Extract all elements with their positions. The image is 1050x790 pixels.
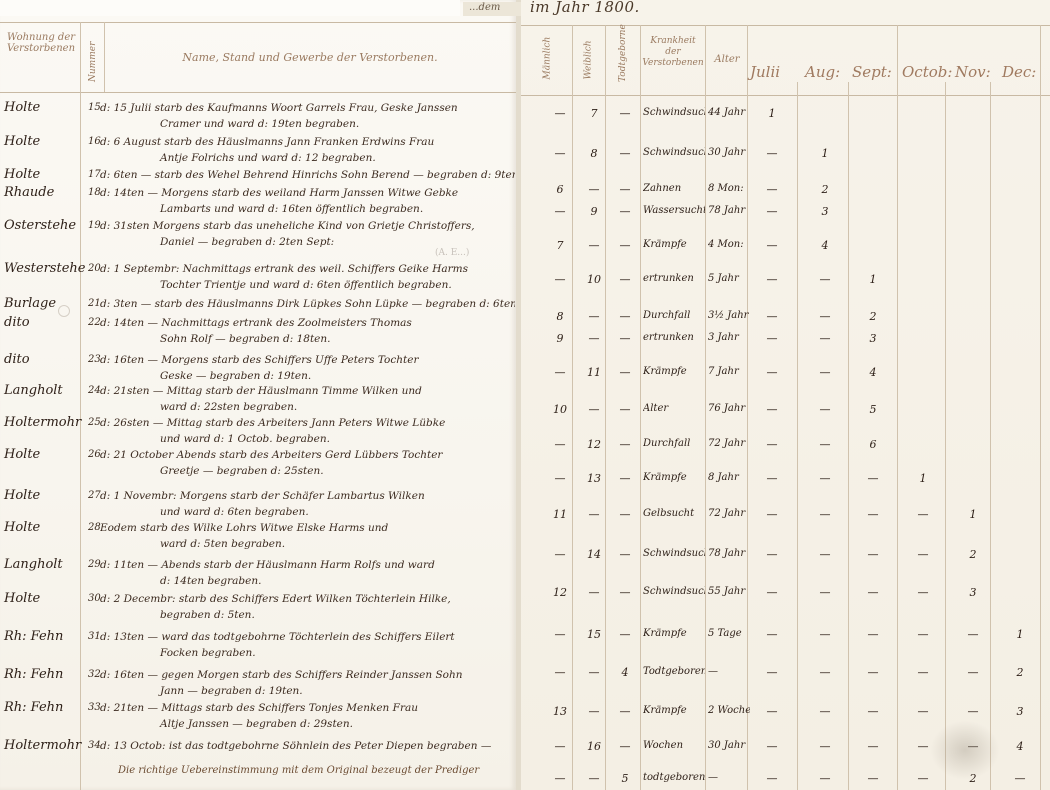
cell-age: 30 Jahr — [708, 740, 750, 751]
cell-month-tally: — — [908, 705, 938, 718]
entry-place: Holte — [4, 488, 84, 503]
entry-line-1: d: 1 Septembr: Nachmittags ertrank des w… — [100, 261, 515, 277]
cell-month-tally: — — [757, 628, 787, 641]
entry-line-1: d: 26sten — Mittag starb des Arbeiters J… — [100, 415, 515, 431]
entry-place: dito — [4, 315, 84, 330]
header-male: Männlich — [543, 35, 553, 80]
cell-male: — — [548, 273, 572, 286]
cell-stillborn: — — [613, 205, 637, 218]
cell-month-tally: — — [810, 705, 840, 718]
cell-month-tally: — — [757, 740, 787, 753]
header-month-october: Octob: — [902, 63, 952, 81]
cell-cause: ertrunken — [643, 332, 705, 343]
cell-male: 7 — [548, 239, 572, 252]
entry-text: d: 26sten — Mittag starb des Arbeiters J… — [100, 415, 515, 447]
entry-line-1: d: 16ten — Morgens starb des Schiffers U… — [100, 352, 515, 368]
entry-line-1: d: 1 Novembr: Morgens starb der Schäfer … — [100, 488, 515, 504]
cell-month-tally: — — [810, 366, 840, 379]
cell-cause: Wochen — [643, 740, 705, 751]
cell-month-tally: 3 — [858, 332, 888, 345]
entry-line-1: d: 21 October Abends starb des Arbeiters… — [100, 447, 515, 463]
cell-male: — — [548, 628, 572, 641]
rule — [0, 22, 516, 23]
cell-stillborn: — — [613, 740, 637, 753]
entry-number: 26 — [88, 449, 101, 460]
cell-month-tally: 1 — [908, 472, 938, 485]
cell-month-tally: 3 — [1005, 705, 1035, 718]
column-divider — [945, 82, 946, 790]
cell-male: 8 — [548, 310, 572, 323]
cell-age: 5 Jahr — [708, 273, 750, 284]
column-divider — [572, 25, 573, 790]
header-number: Nummer — [88, 32, 98, 82]
entry-number: 34 — [88, 740, 101, 751]
cell-stillborn: — — [613, 472, 637, 485]
cell-age: 78 Jahr — [708, 548, 750, 559]
cell-stillborn: — — [613, 586, 637, 599]
entry-line-1: d: 31sten Morgens starb das uneheliche K… — [100, 218, 515, 234]
cell-female: — — [582, 772, 606, 785]
entry-line-2: und ward d: 1 Octob. begraben. — [100, 431, 515, 447]
attestation-note: Die richtige Uebereinstimmung mit dem Or… — [118, 765, 479, 776]
column-divider — [640, 25, 641, 790]
rule — [521, 95, 1050, 96]
cell-age: 3 Jahr — [708, 332, 750, 343]
header-description: Name, Stand und Gewerbe der Verstorbenen… — [140, 52, 480, 63]
cell-month-tally: — — [757, 147, 787, 160]
entry-number: 29 — [88, 559, 101, 570]
entry-text: d: 13 Octob: ist das todtgebohrne Söhnle… — [100, 738, 515, 754]
entry-line-1: d: 21ten — Mittags starb des Schiffers T… — [100, 700, 515, 716]
cell-month-tally: — — [810, 586, 840, 599]
cell-month-tally: — — [757, 472, 787, 485]
cell-month-tally: 2 — [810, 183, 840, 196]
cell-stillborn: 5 — [613, 772, 637, 785]
entry-line-1: d: 6ten — starb des Wehel Behrend Hinric… — [100, 167, 515, 183]
entry-place: Holte — [4, 520, 84, 535]
entry-text: d: 1 Novembr: Morgens starb der Schäfer … — [100, 488, 515, 520]
entry-number: 28 — [88, 522, 101, 533]
cell-stillborn: — — [613, 508, 637, 521]
rule — [521, 25, 1050, 26]
cell-male: — — [548, 366, 572, 379]
cell-male: — — [548, 438, 572, 451]
cell-female: — — [582, 403, 606, 416]
cell-month-tally: — — [810, 508, 840, 521]
cell-month-tally: — — [757, 772, 787, 785]
entry-place: Holte — [4, 591, 84, 606]
cell-month-tally: 1 — [810, 147, 840, 160]
cell-month-tally: 3 — [958, 586, 988, 599]
cell-cause: Krämpfe — [643, 472, 705, 483]
cell-month-tally: 1 — [858, 273, 888, 286]
cell-cause: Schwindsucht — [643, 548, 705, 559]
entry-line-1: Eodem starb des Wilke Lohrs Witwe Elske … — [100, 520, 515, 536]
cell-stillborn: — — [613, 548, 637, 561]
cell-month-tally: — — [858, 548, 888, 561]
cell-stillborn: — — [613, 183, 637, 196]
entry-place: Burlage — [4, 296, 84, 311]
cell-age: 76 Jahr — [708, 403, 750, 414]
cell-month-tally: — — [810, 740, 840, 753]
header-age: Alter — [707, 54, 747, 65]
cell-age: — — [708, 666, 750, 677]
header-month-july: Julii — [750, 63, 780, 81]
entry-line-1: d: 15 Julii starb des Kaufmanns Woort Ga… — [100, 100, 515, 116]
entry-place: Holte — [4, 447, 84, 462]
cell-month-tally: — — [757, 508, 787, 521]
entry-number: 25 — [88, 417, 101, 428]
entry-number: 16 — [88, 136, 101, 147]
entry-text: d: 15 Julii starb des Kaufmanns Woort Ga… — [100, 100, 515, 132]
cell-cause: Alter — [643, 403, 705, 414]
entry-text: d: 3ten — starb des Häuslmanns Dirk Lüpk… — [100, 296, 515, 312]
cell-month-tally: 4 — [858, 366, 888, 379]
entry-text: d: 16ten — gegen Morgen starb des Schiff… — [100, 667, 515, 699]
rule — [0, 92, 516, 93]
cell-month-tally: — — [810, 666, 840, 679]
cell-month-tally: — — [757, 239, 787, 252]
cell-female: — — [582, 310, 606, 323]
cell-stillborn: — — [613, 366, 637, 379]
cell-month-tally: — — [757, 310, 787, 323]
entry-text: d: 13ten — ward das todtgebohrne Töchter… — [100, 629, 515, 661]
entry-text: d: 14ten — Nachmittags ertrank des Zoolm… — [100, 315, 515, 347]
entry-line-1: d: 6 August starb des Häuslmanns Jann Fr… — [100, 134, 515, 150]
cell-stillborn: — — [613, 273, 637, 286]
cell-month-tally: 6 — [858, 438, 888, 451]
cell-age: 4 Mon: — [708, 239, 750, 250]
cell-cause: Krämpfe — [643, 239, 705, 250]
column-divider — [1040, 25, 1041, 790]
cell-month-tally: 2 — [858, 310, 888, 323]
cell-age: 8 Jahr — [708, 472, 750, 483]
cell-male: — — [548, 205, 572, 218]
cell-female: — — [582, 666, 606, 679]
cell-month-tally: 1 — [1005, 628, 1035, 641]
cell-cause: Krämpfe — [643, 705, 705, 716]
entry-line-1: d: 21sten — Mittag starb der Häuslmann T… — [100, 383, 515, 399]
cell-month-tally: — — [810, 310, 840, 323]
entry-number: 22 — [88, 317, 101, 328]
cell-stillborn: 4 — [613, 666, 637, 679]
entry-line-2: Cramer und ward d: 19ten begraben. — [100, 116, 515, 132]
cell-month-tally: — — [757, 666, 787, 679]
cell-male: — — [548, 472, 572, 485]
cell-age: 72 Jahr — [708, 508, 750, 519]
cell-male: 9 — [548, 332, 572, 345]
cell-stillborn: — — [613, 628, 637, 641]
cell-age: 2 Woche — [708, 705, 750, 716]
cell-month-tally: — — [810, 403, 840, 416]
cell-female: 15 — [582, 628, 606, 641]
cell-cause: Zahnen — [643, 183, 705, 194]
cell-month-tally: — — [810, 548, 840, 561]
entry-line-1: d: 16ten — gegen Morgen starb des Schiff… — [100, 667, 515, 683]
cell-month-tally: — — [858, 586, 888, 599]
entry-number: 33 — [88, 702, 101, 713]
cell-male: — — [548, 147, 572, 160]
cell-female: 9 — [582, 205, 606, 218]
cell-month-tally: — — [908, 586, 938, 599]
cell-month-tally: — — [810, 772, 840, 785]
cell-month-tally: — — [757, 586, 787, 599]
cell-month-tally: 1 — [958, 508, 988, 521]
entry-number: 23 — [88, 354, 101, 365]
header-stillborn: Todtgeborne — [618, 32, 628, 82]
cell-month-tally: — — [810, 472, 840, 485]
cell-male: — — [548, 666, 572, 679]
cell-male: — — [548, 107, 572, 120]
entry-place: Langholt — [4, 557, 84, 572]
cell-cause: Schwindsucht — [643, 107, 705, 118]
cell-stillborn: — — [613, 332, 637, 345]
entry-number: 27 — [88, 490, 101, 501]
cell-month-tally: — — [858, 740, 888, 753]
cell-month-tally: — — [810, 273, 840, 286]
entry-line-2: Jann — begraben d: 19ten. — [100, 683, 515, 699]
cell-month-tally: — — [1005, 772, 1035, 785]
entry-number: 31 — [88, 631, 101, 642]
entry-place: Langholt — [4, 383, 84, 398]
paper-stain — [930, 720, 1000, 780]
cell-month-tally: — — [757, 403, 787, 416]
header-female: Weiblich — [584, 35, 594, 80]
entry-line-2: begraben d: 5ten. — [100, 607, 515, 623]
cell-age: 55 Jahr — [708, 586, 750, 597]
entry-line-1: d: 3ten — starb des Häuslmanns Dirk Lüpk… — [100, 296, 515, 312]
entry-place: Osterstehe — [4, 218, 84, 233]
entry-text: d: 21 October Abends starb des Arbeiters… — [100, 447, 515, 479]
entry-line-2: Daniel — begraben d: 2ten Sept: — [100, 234, 515, 250]
cell-month-tally: 4 — [810, 239, 840, 252]
cell-cause: Schwindsucht — [643, 586, 705, 597]
cell-stillborn: — — [613, 438, 637, 451]
cell-female: 8 — [582, 147, 606, 160]
cell-female: — — [582, 183, 606, 196]
cell-female: 13 — [582, 472, 606, 485]
cell-female: — — [582, 586, 606, 599]
entry-line-1: d: 2 Decembr: starb des Schiffers Edert … — [100, 591, 515, 607]
cell-stillborn: — — [613, 403, 637, 416]
cell-age: 7 Jahr — [708, 366, 750, 377]
cell-month-tally: — — [810, 438, 840, 451]
entry-line-1: d: 11ten — Abends starb der Häuslmann Ha… — [100, 557, 515, 573]
cell-month-tally: — — [757, 366, 787, 379]
cell-stillborn: — — [613, 239, 637, 252]
cell-month-tally: — — [757, 332, 787, 345]
cell-female: 7 — [582, 107, 606, 120]
entry-place: Rhaude — [4, 185, 84, 200]
cell-cause: Durchfall — [643, 310, 705, 321]
entry-place: Holtermohr — [4, 415, 84, 430]
cell-month-tally: — — [810, 332, 840, 345]
column-divider — [990, 82, 991, 790]
top-paper-strip — [0, 0, 460, 16]
cell-male: 13 — [548, 705, 572, 718]
cell-month-tally: — — [908, 548, 938, 561]
entry-place: Rh: Fehn — [4, 629, 84, 644]
entry-text: d: 21sten — Mittag starb der Häuslmann T… — [100, 383, 515, 415]
cell-month-tally: — — [908, 508, 938, 521]
year-heading: im Jahr 1800. — [530, 0, 640, 16]
cell-male: 6 — [548, 183, 572, 196]
cell-cause: Todtgeboren — [643, 666, 705, 677]
cell-male: — — [548, 740, 572, 753]
cell-cause: Gelbsucht — [643, 508, 705, 519]
cell-age: 3½ Jahr — [708, 310, 750, 321]
cell-month-tally: — — [958, 705, 988, 718]
column-divider — [104, 22, 105, 92]
entry-place: Rh: Fehn — [4, 700, 84, 715]
entry-line-2: Tochter Trientje und ward d: 6ten öffent… — [100, 277, 515, 293]
cell-month-tally: 5 — [858, 403, 888, 416]
cell-month-tally: — — [757, 273, 787, 286]
entry-line-1: d: 14ten — Nachmittags ertrank des Zoolm… — [100, 315, 515, 331]
cell-month-tally: — — [858, 666, 888, 679]
cell-age: 30 Jahr — [708, 147, 750, 158]
cell-cause: Wassersucht — [643, 205, 705, 216]
entry-text: d: 6ten — starb des Wehel Behrend Hinric… — [100, 167, 515, 183]
cell-month-tally: — — [858, 772, 888, 785]
cell-male: — — [548, 772, 572, 785]
entry-line-2: Geske — begraben d: 19ten. — [100, 368, 515, 384]
cell-female: 10 — [582, 273, 606, 286]
entry-line-2: ward d: 5ten begraben. — [100, 536, 515, 552]
entry-line-2: Sohn Rolf — begraben d: 18ten. — [100, 331, 515, 347]
entry-place: Westerstehe — [4, 261, 84, 276]
cell-month-tally: — — [958, 628, 988, 641]
entry-place: Holte — [4, 100, 84, 115]
cell-age: 44 Jahr — [708, 107, 750, 118]
entry-text: d: 11ten — Abends starb der Häuslmann Ha… — [100, 557, 515, 589]
header-month-december: Dec: — [1002, 63, 1036, 81]
cell-male: 10 — [548, 403, 572, 416]
cell-female: 16 — [582, 740, 606, 753]
cell-month-tally: 2 — [1005, 666, 1035, 679]
entry-line-1: d: 13 Octob: ist das todtgebohrne Söhnle… — [100, 738, 515, 754]
cell-female: — — [582, 332, 606, 345]
cell-month-tally: — — [757, 705, 787, 718]
cell-month-tally: — — [908, 666, 938, 679]
cell-female: — — [582, 705, 606, 718]
entry-line-2: d: 14ten begraben. — [100, 573, 515, 589]
cell-month-tally: — — [858, 472, 888, 485]
entry-number: 21 — [88, 298, 101, 309]
entry-place: Holtermohr — [4, 738, 84, 753]
cell-female: 12 — [582, 438, 606, 451]
header-cause: Krankheit der Verstorbenen — [642, 36, 704, 69]
cell-age: 78 Jahr — [708, 205, 750, 216]
cell-cause: Krämpfe — [643, 366, 705, 377]
entry-number: 24 — [88, 385, 101, 396]
entry-place: Holte — [4, 134, 84, 149]
entry-line-2: und ward d: 6ten begraben. — [100, 504, 515, 520]
entry-number: 30 — [88, 593, 101, 604]
cell-month-tally: 3 — [810, 205, 840, 218]
cell-cause: Krämpfe — [643, 628, 705, 639]
cell-female: — — [582, 508, 606, 521]
column-divider — [848, 82, 849, 790]
cell-month-tally: — — [908, 628, 938, 641]
header-month-november: Nov: — [955, 63, 991, 81]
cell-stillborn: — — [613, 310, 637, 323]
cell-age: 8 Mon: — [708, 183, 750, 194]
cell-stillborn: — — [613, 147, 637, 160]
entry-number: 17 — [88, 169, 101, 180]
entry-text: d: 21ten — Mittags starb des Schiffers T… — [100, 700, 515, 732]
cell-female: 14 — [582, 548, 606, 561]
entry-text: d: 31sten Morgens starb das uneheliche K… — [100, 218, 515, 250]
entry-line-2: Focken begraben. — [100, 645, 515, 661]
cell-month-tally: — — [810, 628, 840, 641]
entry-line-1: d: 14ten — Morgens starb des weiland Har… — [100, 185, 515, 201]
column-divider — [705, 25, 706, 790]
entry-number: 20 — [88, 263, 101, 274]
cell-female: — — [582, 239, 606, 252]
entry-line-2: Lambarts und ward d: 16ten öffentlich be… — [100, 201, 515, 217]
entry-text: d: 6 August starb des Häuslmanns Jann Fr… — [100, 134, 515, 166]
entry-text: d: 14ten — Morgens starb des weiland Har… — [100, 185, 515, 217]
cell-month-tally: 2 — [958, 548, 988, 561]
entry-line-2: Greetje — begraben d: 25sten. — [100, 463, 515, 479]
cell-month-tally: 1 — [757, 107, 787, 120]
header-place: Wohnung der Verstorbenen — [4, 32, 78, 54]
entry-text: d: 2 Decembr: starb des Schiffers Edert … — [100, 591, 515, 623]
entry-place: Rh: Fehn — [4, 667, 84, 682]
entry-line-2: ward d: 22sten begraben. — [100, 399, 515, 415]
header-month-august: Aug: — [805, 63, 840, 81]
cell-month-tally: — — [757, 548, 787, 561]
entry-place: dito — [4, 352, 84, 367]
cell-month-tally: — — [858, 508, 888, 521]
entry-place: Holte — [4, 167, 84, 182]
entry-text: d: 1 Septembr: Nachmittags ertrank des w… — [100, 261, 515, 293]
entry-text: Eodem starb des Wilke Lohrs Witwe Elske … — [100, 520, 515, 552]
cell-cause: Schwindsucht — [643, 147, 705, 158]
header-month-september: Sept: — [852, 63, 892, 81]
entry-line-2: Altje Janssen — begraben d: 29sten. — [100, 716, 515, 732]
entry-line-2: Antje Folrichs und ward d: 12 begraben. — [100, 150, 515, 166]
cell-female: 11 — [582, 366, 606, 379]
entry-number: 19 — [88, 220, 101, 231]
cell-month-tally: — — [858, 628, 888, 641]
top-tab: ...dem — [463, 2, 521, 16]
cell-month-tally: — — [757, 438, 787, 451]
entry-number: 18 — [88, 187, 101, 198]
entry-number: 32 — [88, 669, 101, 680]
cell-stillborn: — — [613, 705, 637, 718]
cell-stillborn: — — [613, 107, 637, 120]
cell-cause: Durchfall — [643, 438, 705, 449]
cell-month-tally: — — [958, 666, 988, 679]
entry-line-1: d: 13ten — ward das todtgebohrne Töchter… — [100, 629, 515, 645]
cell-month-tally: 4 — [1005, 740, 1035, 753]
entry-text: d: 16ten — Morgens starb des Schiffers U… — [100, 352, 515, 384]
cell-age: 72 Jahr — [708, 438, 750, 449]
cell-cause: todtgeboren — [643, 772, 705, 783]
cell-male: 11 — [548, 508, 572, 521]
cell-month-tally: — — [757, 205, 787, 218]
cell-male: — — [548, 548, 572, 561]
cell-month-tally: — — [858, 705, 888, 718]
column-divider — [797, 82, 798, 790]
cell-cause: ertrunken — [643, 273, 705, 284]
cell-month-tally: — — [757, 183, 787, 196]
column-divider — [897, 25, 898, 790]
cell-age: 5 Tage — [708, 628, 750, 639]
entry-number: 15 — [88, 102, 101, 113]
